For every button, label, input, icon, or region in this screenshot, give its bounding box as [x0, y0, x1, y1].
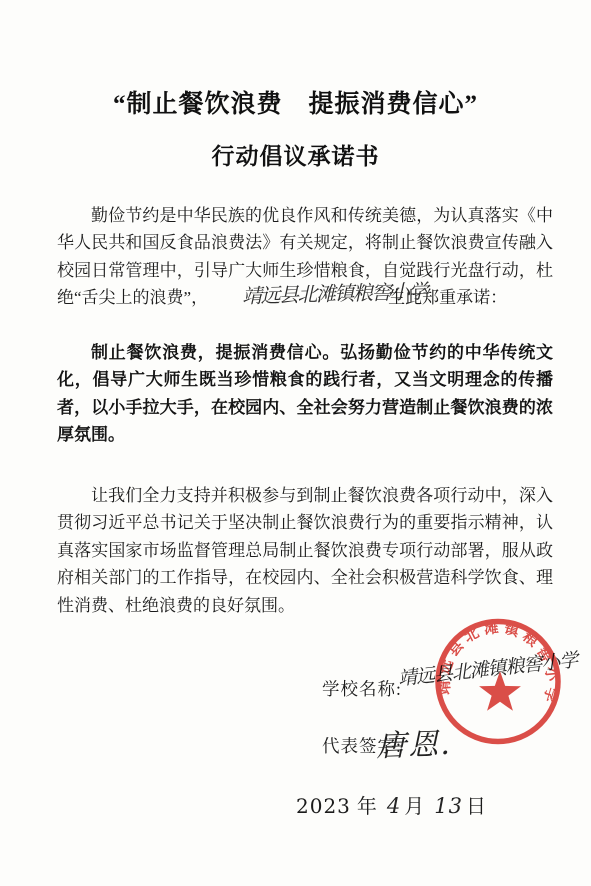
paragraph-intro: 勤俭节约是中华民族的优良作风和传统美德，为认真落实《中华人民共和国反食品浪费法》…: [57, 202, 553, 312]
date-line: 2023 年 4月 13日: [296, 790, 487, 819]
date-year: 2023: [296, 794, 351, 818]
school-seal-stamp: 靖远县北滩镇粮窖小学: [428, 612, 568, 752]
star-icon: [479, 671, 521, 711]
date-day-unit: 日: [466, 796, 487, 818]
commitment-letter-page: “制止餐饮浪费 提振消费信心” 行动倡议承诺书 勤俭节约是中华民族的优良作风和传…: [0, 0, 591, 886]
school-name-row: 学校名称:: [322, 676, 402, 701]
date-month-unit: 月: [404, 796, 425, 818]
date-day-handwritten: 13: [431, 794, 466, 818]
document-title: “制止餐饮浪费 提振消费信心”: [0, 84, 591, 120]
school-name-label: 学校名称:: [322, 679, 402, 699]
date-year-unit: 年: [357, 796, 378, 818]
school-name-blank: 靖远县北滩镇粮窖小学: [208, 286, 388, 303]
date-month-handwritten: 4: [384, 794, 404, 818]
document-subtitle: 行动倡议承诺书: [0, 138, 591, 171]
paragraph-action: 让我们全力支持并积极参与到制止餐饮浪费各项行动中，深入贯彻习近平总书记关于坚决制…: [57, 482, 553, 619]
paragraph-pledge: 制止餐饮浪费，提振消费信心。弘扬勤俭节约的中华传统文化，倡导广大师生既当珍惜粮食…: [57, 339, 553, 449]
